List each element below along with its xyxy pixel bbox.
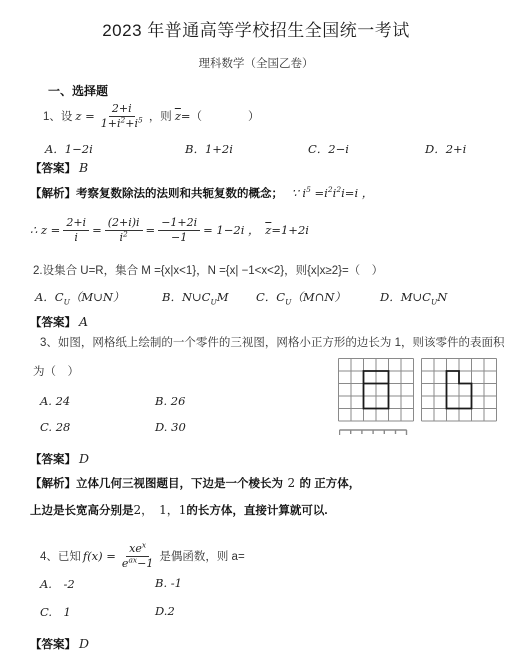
q1-option-c: C．2−i [308,141,349,157]
q1-explanation: 【解析】考察复数除法的法则和共轭复数的概念； ∵ i5 =i2i2i=i ， [30,184,373,202]
q3-option-b: B. 26 [155,394,185,408]
question-1-stem: 1、设 z = 2+i 1+i2+i5 ，则 z =（ ） [43,98,260,134]
side-view-grid [421,358,498,422]
q2-answer: 【答案】A [30,313,88,331]
q4-option-d: D.2 [155,604,175,618]
q3-answer-value: D [79,451,89,466]
q4-answer-value: D [79,636,89,651]
q1-sol-frac2: (2+i)i i2 [105,216,143,245]
q4-number-text: 4、已知 [40,548,81,564]
q1-sol-frac3-num: −1+2i [158,216,200,231]
q1-explanation-math: ∵ i5 =i2i2i=i ， [291,186,373,200]
q4-post: 是偶函数，则 a= [159,548,244,564]
q1-post-cn: ，则 [149,108,172,124]
q2-option-c: C．CU（M∩N） [256,289,346,305]
exam-subtitle: 理科数学（全国乙卷） [0,55,512,71]
q1-sol-s1: ∴ z = [30,223,60,237]
q2-option-d: D．M∪CUN [380,289,447,305]
q1-sol-frac1-den: i [71,231,81,245]
q4-fraction-denominator: eax−1 [119,557,156,571]
q3-answer: 【答案】D [30,450,89,468]
q1-post-eq: =（ ） [181,108,260,124]
q1-solution-line: ∴ z = 2+i i = (2+i)i i2 = −1+2i −1 = 1−2… [30,210,309,250]
exam-document-page: 2023 年普通高等学校招生全国统一考试 理科数学（全国乙卷） 一、选择题 1、… [0,0,512,667]
q1-sol-tail2: =1+2i [271,223,309,237]
q1-fraction-denominator: 1+i2+i5 [98,117,146,131]
q1-sol-eq1: = [92,223,102,237]
q4-fx: f(x) = [83,549,116,563]
q1-sol-frac1: 2+i i [63,216,89,245]
q3-answer-label: 【答案】 [30,454,76,466]
q3-explanation-seg1: 立体几何三视图题目，下边是一个棱长为 [76,478,283,490]
q1-sol-tail1: = 1−2i ， [203,222,265,238]
q3-explanation-num1: 2 [287,476,295,490]
question-2-stem: 2.设集合 U=R，集合 M ={x|x<1}，N ={x| −1<x<2}，则… [33,262,383,278]
q1-option-a: A．1−2i [45,141,93,157]
q2-answer-value: A [79,314,88,329]
q4-option-a: A. -2 [40,576,75,592]
question-3-stem-line2: 为（ ） [33,363,79,379]
q1-sol-eq2: = [146,223,156,237]
q1-number-text: 1、设 [43,108,72,124]
q1-answer: 【答案】B [30,159,88,177]
question-3-stem-line1: 3、如图，网格纸上绘制的一个零件的三视图，网格小正方形的边长为 1，则该零件的表… [40,334,504,350]
q1-option-b: B．1+2i [185,141,233,157]
page-title: 2023 年普通高等学校招生全国统一考试 [0,16,512,41]
q3-option-c: C. 28 [40,420,70,434]
q1-answer-label: 【答案】 [30,163,76,175]
q4-answer-label: 【答案】 [30,639,76,651]
top-view-grid-partial [339,429,408,435]
q3-explanation-seg3: 上边是长宽高分别是 [30,505,134,517]
q1-answer-value: B [79,160,88,175]
q3-option-a: A. 24 [40,394,70,408]
q3-explanation-line2: 上边是长宽高分别是2， 1，1的长方体，直接计算就可以. [30,501,328,519]
section-heading: 一、选择题 [48,82,108,99]
q3-explanation-seg4: 的长方体，直接计算就可以. [186,505,327,517]
q4-answer: 【答案】D [30,635,89,653]
q1-explanation-text: 考察复数除法的法则和共轭复数的概念； [76,188,283,200]
q3-explanation-seg2: 的 正方体， [300,478,361,490]
q1-fraction: 2+i 1+i2+i5 [98,102,146,131]
q1-var: z = [75,109,94,123]
q3-explanation-label: 【解析】 [30,478,76,490]
q1-option-d: D．2+i [425,141,466,157]
q4-fraction: xex eax−1 [119,542,156,571]
q1-sol-frac1-num: 2+i [63,216,89,231]
q1-sol-frac2-den: i2 [116,231,130,245]
question-4-stem: 4、已知 f(x) = xex eax−1 是偶函数，则 a= [40,538,245,574]
q1-sol-frac3: −1+2i −1 [158,216,200,245]
q2-option-b: B．N∪CUM [162,289,229,305]
q3-explanation-num2: 2， 1，1 [134,503,187,517]
q2-answer-label: 【答案】 [30,317,76,329]
q4-option-b: B. -1 [155,576,182,590]
q2-option-a: A．CU（M∪N） [35,289,124,305]
front-view-grid [338,358,415,422]
q1-explanation-label: 【解析】 [30,188,76,200]
q3-explanation-line1: 【解析】立体几何三视图题目，下边是一个棱长为 2 的 正方体， [30,474,360,492]
q3-option-d: D. 30 [155,420,186,434]
q4-option-c: C. 1 [40,604,71,620]
q1-sol-frac3-den: −1 [168,231,190,245]
